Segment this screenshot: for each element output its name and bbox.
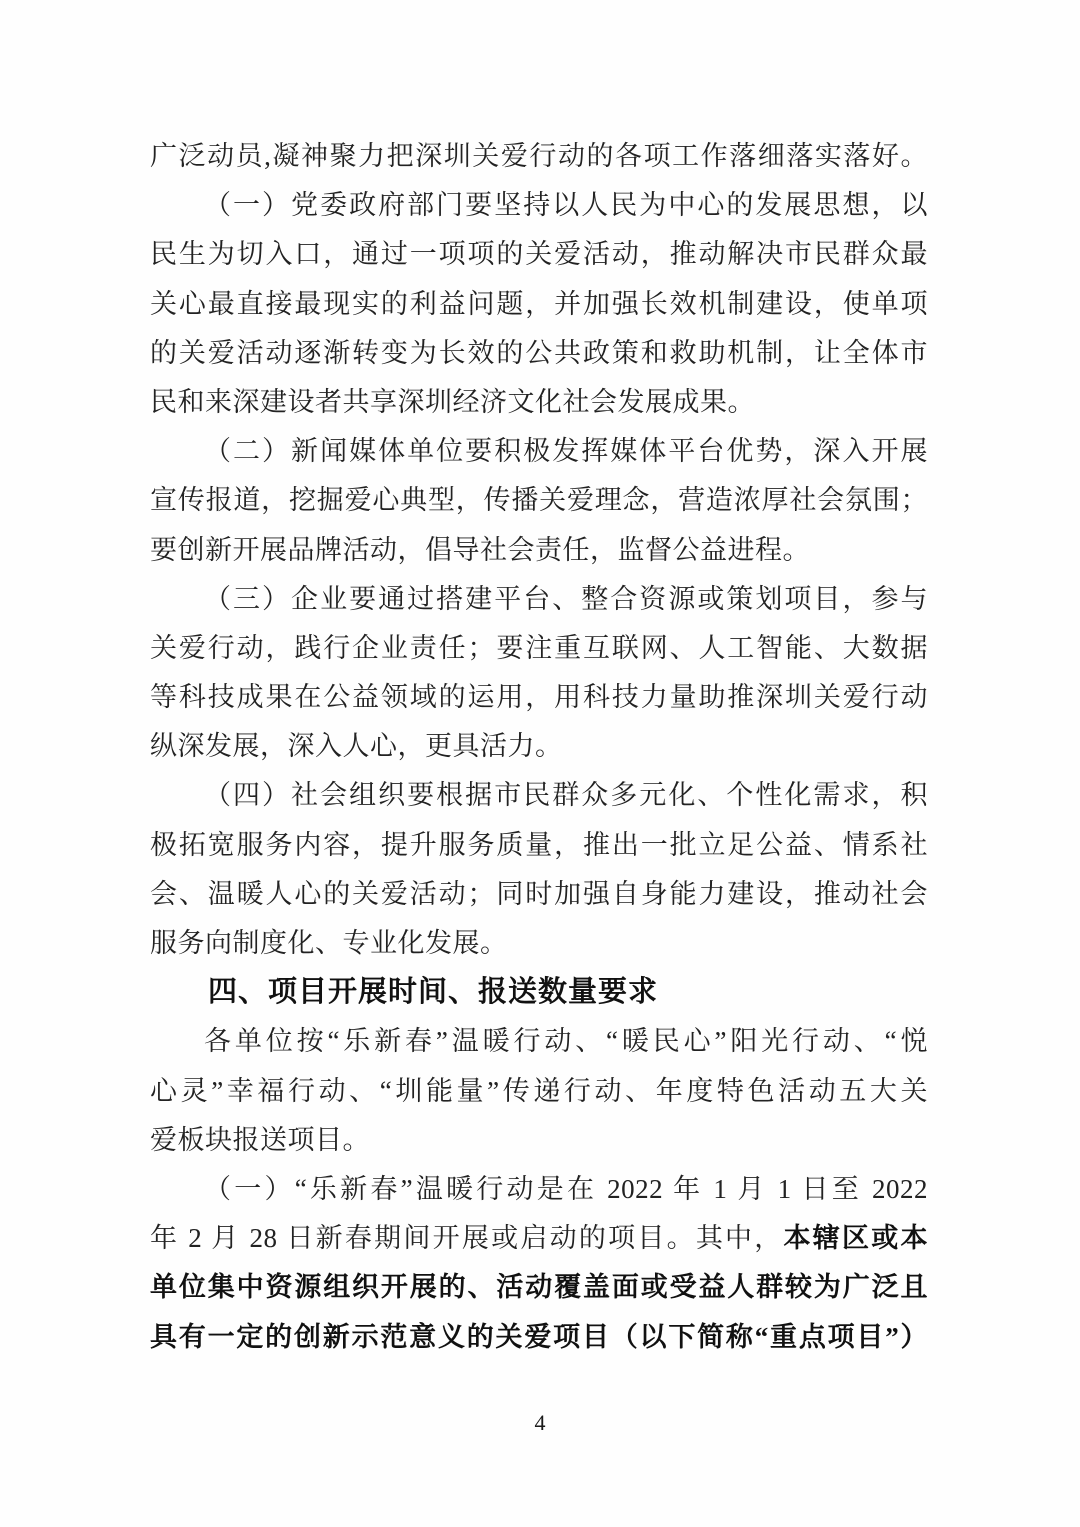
body-text: （一）党委政府部门要坚持以人民为中心的发展思想，以 — [204, 190, 928, 220]
text-line: 爱板块报送项目。 — [150, 1116, 928, 1165]
text-line: 民和来深建设者共享深圳经济文化社会发展成果。 — [150, 378, 928, 427]
body-text: 心灵”幸福行动、“圳能量”传递行动、年度特色活动五大关 — [150, 1076, 928, 1106]
body-text: 极拓宽服务内容，提升服务质量，推出一批立足公益、情系社 — [150, 830, 928, 860]
body-text: 民生为切入口，通过一项项的关爱活动，推动解决市民群众最 — [150, 239, 928, 269]
emphasis-text: 四、项目开展时间、报送数量要求 — [208, 976, 658, 1008]
text-line: （四）社会组织要根据市民群众多元化、个性化需求，积 — [150, 771, 928, 820]
body-text: 爱板块报送项目。 — [150, 1125, 370, 1155]
text-line: 等科技成果在公益领域的运用，用科技力量助推深圳关爱行动 — [150, 673, 928, 722]
text-block: 广泛动员,凝神聚力把深圳关爱行动的各项工作落细落实落好。（一）党委政府部门要坚持… — [150, 132, 928, 1362]
body-text: 服务向制度化、专业化发展。 — [150, 928, 508, 958]
text-line: 关心最直接最现实的利益问题，并加强长效机制建设，使单项 — [150, 280, 928, 329]
body-text: 等科技成果在公益领域的运用，用科技力量助推深圳关爱行动 — [150, 682, 928, 712]
text-line: （一）党委政府部门要坚持以人民为中心的发展思想，以 — [150, 181, 928, 230]
body-text: （一）“乐新春”温暖行动是在 2022 年 1 月 1 日至 2022 — [204, 1174, 928, 1204]
text-line: 广泛动员,凝神聚力把深圳关爱行动的各项工作落细落实落好。 — [150, 132, 928, 181]
text-line: 心灵”幸福行动、“圳能量”传递行动、年度特色活动五大关 — [150, 1067, 928, 1116]
emphasis-text: 本辖区或本 — [784, 1223, 928, 1253]
body-text: 纵深发展，深入人心，更具活力。 — [150, 731, 563, 761]
emphasis-text: 单位集中资源组织开展的、活动覆盖面或受益人群较为广泛且 — [150, 1272, 928, 1302]
body-text: 关心最直接最现实的利益问题，并加强长效机制建设，使单项 — [150, 289, 928, 319]
text-line: 各单位按“乐新春”温暖行动、“暖民心”阳光行动、“悦 — [150, 1017, 928, 1066]
text-line: 会、温暖人心的关爱活动；同时加强自身能力建设，推动社会 — [150, 870, 928, 919]
body-text: 年 2 月 28 日新春期间开展或启动的项目。其中， — [150, 1223, 784, 1253]
text-line: 关爱行动，践行企业责任；要注重互联网、人工智能、大数据 — [150, 624, 928, 673]
text-line: （二）新闻媒体单位要积极发挥媒体平台优势，深入开展 — [150, 427, 928, 476]
body-text: 会、温暖人心的关爱活动；同时加强自身能力建设，推动社会 — [150, 879, 928, 909]
body-text: （四）社会组织要根据市民群众多元化、个性化需求，积 — [204, 780, 928, 810]
text-line: 具有一定的创新示范意义的关爱项目（以下简称“重点项目”） — [150, 1313, 928, 1362]
text-line: 极拓宽服务内容，提升服务质量，推出一批立足公益、情系社 — [150, 821, 928, 870]
page-number: 4 — [0, 1408, 1080, 1438]
section-heading: 四、项目开展时间、报送数量要求 — [150, 968, 928, 1017]
text-line: 要创新开展品牌活动，倡导社会责任，监督公益进程。 — [150, 526, 928, 575]
body-text: 的关爱活动逐渐转变为长效的公共政策和救助机制，让全体市 — [150, 338, 928, 368]
text-line: 单位集中资源组织开展的、活动覆盖面或受益人群较为广泛且 — [150, 1263, 928, 1312]
text-line: 服务向制度化、专业化发展。 — [150, 919, 928, 968]
emphasis-text: 具有一定的创新示范意义的关爱项目（以下简称“重点项目”） — [150, 1322, 928, 1352]
body-text: （二）新闻媒体单位要积极发挥媒体平台优势，深入开展 — [204, 436, 928, 466]
text-line: （一）“乐新春”温暖行动是在 2022 年 1 月 1 日至 2022 — [150, 1165, 928, 1214]
text-line: 纵深发展，深入人心，更具活力。 — [150, 722, 928, 771]
text-line: （三）企业要通过搭建平台、整合资源或策划项目，参与 — [150, 575, 928, 624]
body-text: 广泛动员,凝神聚力把深圳关爱行动的各项工作落细落实落好。 — [150, 141, 928, 171]
body-text: （三）企业要通过搭建平台、整合资源或策划项目，参与 — [204, 584, 928, 614]
body-text: 宣传报道，挖掘爱心典型，传播关爱理念，营造浓厚社会氛围； — [150, 485, 928, 515]
body-text: 各单位按“乐新春”温暖行动、“暖民心”阳光行动、“悦 — [204, 1026, 928, 1056]
body-text: 要创新开展品牌活动，倡导社会责任，监督公益进程。 — [150, 535, 810, 565]
text-line: 年 2 月 28 日新春期间开展或启动的项目。其中，本辖区或本 — [150, 1214, 928, 1263]
document-page: 广泛动员,凝神聚力把深圳关爱行动的各项工作落细落实落好。（一）党委政府部门要坚持… — [0, 0, 1080, 1527]
body-text: 民和来深建设者共享深圳经济文化社会发展成果。 — [150, 387, 755, 417]
text-line: 民生为切入口，通过一项项的关爱活动，推动解决市民群众最 — [150, 230, 928, 279]
body-text: 关爱行动，践行企业责任；要注重互联网、人工智能、大数据 — [150, 633, 928, 663]
text-line: 宣传报道，挖掘爱心典型，传播关爱理念，营造浓厚社会氛围； — [150, 476, 928, 525]
text-line: 的关爱活动逐渐转变为长效的公共政策和救助机制，让全体市 — [150, 329, 928, 378]
